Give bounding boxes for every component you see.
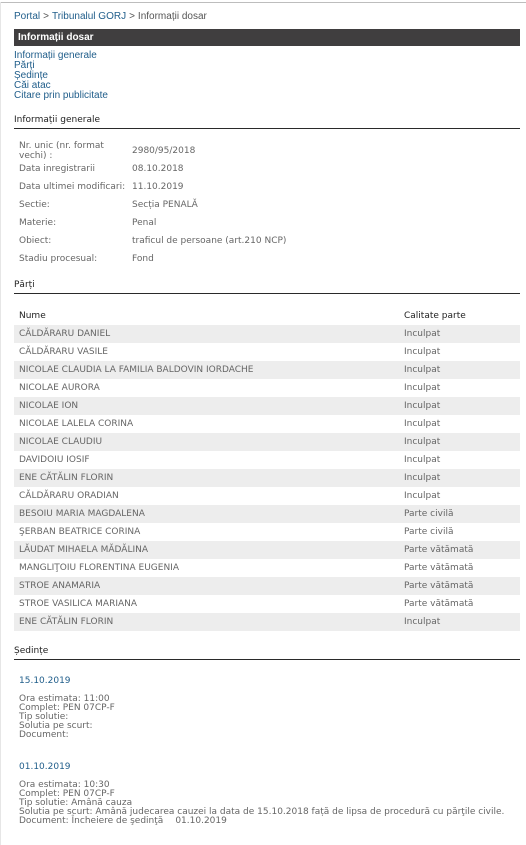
breadcrumb-portal[interactable]: Portal (14, 11, 40, 22)
field-data-inregistrarii: Data inregistrarii08.10.2018 (19, 160, 286, 178)
parte-nume: NICOLAE ION (14, 397, 399, 415)
breadcrumb: Portal>Tribunalul GORJ>Informații dosar (14, 11, 207, 22)
table-row: ŞERBAN BEATRICE CORINAParte civilă (14, 523, 520, 541)
field-obiect: Obiect:traficul de persoane (art.210 NCP… (19, 232, 286, 250)
parte-nume: ENE CĂTĂLIN FLORIN (14, 613, 399, 631)
parte-nume: STROE ANAMARIA (14, 577, 399, 595)
sedinta-document-row: Document: Încheiere de şedinţă01.10.2019 (19, 817, 504, 826)
table-row: NICOLAE CLAUDIUInculpat (14, 433, 520, 451)
parte-calitate: Inculpat (399, 469, 520, 487)
parte-nume: CĂLDĂRARU ORADIAN (14, 487, 399, 505)
field-label: Nr. unic (nr. format vechi) : (19, 141, 132, 161)
field-label: Data ultimei modificari: (19, 182, 132, 192)
left-border (0, 2, 1, 845)
parte-nume: STROE VASILICA MARIANA (14, 595, 399, 613)
field-label: Stadiu procesual: (19, 254, 132, 264)
table-row: NICOLAE CLAUDIA LA FAMILIA BALDOVIN IORD… (14, 361, 520, 379)
parte-nume: CĂLDĂRARU DANIEL (14, 325, 399, 343)
parte-calitate: Inculpat (399, 451, 520, 469)
sedinta-document: Document: (19, 731, 115, 740)
section-heading-general: Informații generale (14, 115, 520, 129)
page-title: Informații dosar (14, 29, 520, 46)
section-heading-parti: Părți (14, 280, 520, 294)
parti-table-body: CĂLDĂRARU DANIELInculpatCĂLDĂRARU VASILE… (14, 325, 520, 631)
field-value: traficul de persoane (art.210 NCP) (132, 236, 286, 246)
table-row: LĂUDAT MIHAELA MĂDĂLINAParte vătămată (14, 541, 520, 559)
field-sectie: Sectie:Secția PENALĂ (19, 196, 286, 214)
breadcrumb-separator: > (129, 11, 135, 22)
table-row: STROE VASILICA MARIANAParte vătămată (14, 595, 520, 613)
parte-calitate: Inculpat (399, 433, 520, 451)
parte-calitate: Inculpat (399, 361, 520, 379)
parte-nume: DAVIDOIU IOSIF (14, 451, 399, 469)
table-row: STROE ANAMARIAParte vătămată (14, 577, 520, 595)
table-row: NICOLAE IONInculpat (14, 397, 520, 415)
parte-calitate: Parte civilă (399, 523, 520, 541)
sedinta-date: 15.10.2019 (19, 676, 115, 686)
table-row: MANGLIŢOIU FLORENTINA EUGENIAParte vătăm… (14, 559, 520, 577)
sedinta-date: 01.10.2019 (19, 762, 504, 772)
column-header-nume: Nume (14, 307, 399, 325)
breadcrumb-separator: > (43, 11, 49, 22)
general-info: Nr. unic (nr. format vechi) :2980/95/201… (19, 142, 286, 268)
parte-nume: NICOLAE LALELA CORINA (14, 415, 399, 433)
parte-nume: ENE CĂTĂLIN FLORIN (14, 469, 399, 487)
sedinta-item: 01.10.2019 Ora estimata: 10:30 Complet: … (19, 762, 504, 826)
table-row: NICOLAE AURORAInculpat (14, 379, 520, 397)
field-label: Obiect: (19, 236, 132, 246)
parte-nume: NICOLAE CLAUDIA LA FAMILIA BALDOVIN IORD… (14, 361, 399, 379)
field-stadiu: Stadiu procesual:Fond (19, 250, 286, 268)
field-value: Fond (132, 254, 154, 264)
table-row: CĂLDĂRARU ORADIANInculpat (14, 487, 520, 505)
parte-nume: CĂLDĂRARU VASILE (14, 343, 399, 361)
parte-calitate: Parte vătămată (399, 595, 520, 613)
parte-calitate: Inculpat (399, 613, 520, 631)
parte-nume: NICOLAE CLAUDIU (14, 433, 399, 451)
parte-calitate: Parte vătămată (399, 559, 520, 577)
table-row: CĂLDĂRARU VASILEInculpat (14, 343, 520, 361)
parte-nume: BESOIU MARIA MAGDALENA (14, 505, 399, 523)
parte-calitate: Inculpat (399, 397, 520, 415)
parte-calitate: Inculpat (399, 325, 520, 343)
table-row: NICOLAE LALELA CORINAInculpat (14, 415, 520, 433)
table-row: CĂLDĂRARU DANIELInculpat (14, 325, 520, 343)
field-value: Penal (132, 218, 156, 228)
field-label: Data inregistrarii (19, 164, 132, 174)
table-row: ENE CĂTĂLIN FLORINInculpat (14, 469, 520, 487)
parte-calitate: Inculpat (399, 343, 520, 361)
parte-nume: ŞERBAN BEATRICE CORINA (14, 523, 399, 541)
parti-table: Nume Calitate parte CĂLDĂRARU DANIELIncu… (14, 307, 520, 631)
sedinta-document-link[interactable]: Document: Încheiere de şedinţă (19, 816, 163, 826)
parte-calitate: Inculpat (399, 487, 520, 505)
top-border (0, 2, 526, 3)
parte-calitate: Parte civilă (399, 505, 520, 523)
field-value: Secția PENALĂ (132, 200, 198, 210)
sedinta-document-date: 01.10.2019 (175, 816, 227, 826)
table-row: ENE CĂTĂLIN FLORINInculpat (14, 613, 520, 631)
parte-nume: LĂUDAT MIHAELA MĂDĂLINA (14, 541, 399, 559)
table-row: DAVIDOIU IOSIFInculpat (14, 451, 520, 469)
parte-calitate: Parte vătămată (399, 577, 520, 595)
breadcrumb-current: Informații dosar (138, 11, 207, 22)
field-value: 2980/95/2018 (132, 146, 195, 156)
section-nav: Informații generale Părți Ședințe Căi at… (14, 51, 108, 101)
parte-nume: NICOLAE AURORA (14, 379, 399, 397)
breadcrumb-tribunal[interactable]: Tribunalul GORJ (52, 11, 126, 22)
parte-nume: MANGLIŢOIU FLORENTINA EUGENIA (14, 559, 399, 577)
parte-calitate: Inculpat (399, 415, 520, 433)
field-data-modificari: Data ultimei modificari:11.10.2019 (19, 178, 286, 196)
table-header-row: Nume Calitate parte (14, 307, 520, 325)
field-label: Sectie: (19, 200, 132, 210)
field-label: Materie: (19, 218, 132, 228)
parte-calitate: Inculpat (399, 379, 520, 397)
sedinta-item: 15.10.2019 Ora estimata: 11:00 Complet: … (19, 676, 115, 740)
nav-citare-publicitate[interactable]: Citare prin publicitate (14, 91, 108, 101)
column-header-calitate: Calitate parte (399, 307, 520, 325)
field-materie: Materie:Penal (19, 214, 286, 232)
field-nr-unic: Nr. unic (nr. format vechi) :2980/95/201… (19, 142, 286, 160)
field-value: 08.10.2018 (132, 164, 184, 174)
table-row: BESOIU MARIA MAGDALENAParte civilă (14, 505, 520, 523)
section-heading-sedinte: Ședințe (14, 646, 520, 660)
field-value: 11.10.2019 (132, 182, 184, 192)
parte-calitate: Parte vătămată (399, 541, 520, 559)
